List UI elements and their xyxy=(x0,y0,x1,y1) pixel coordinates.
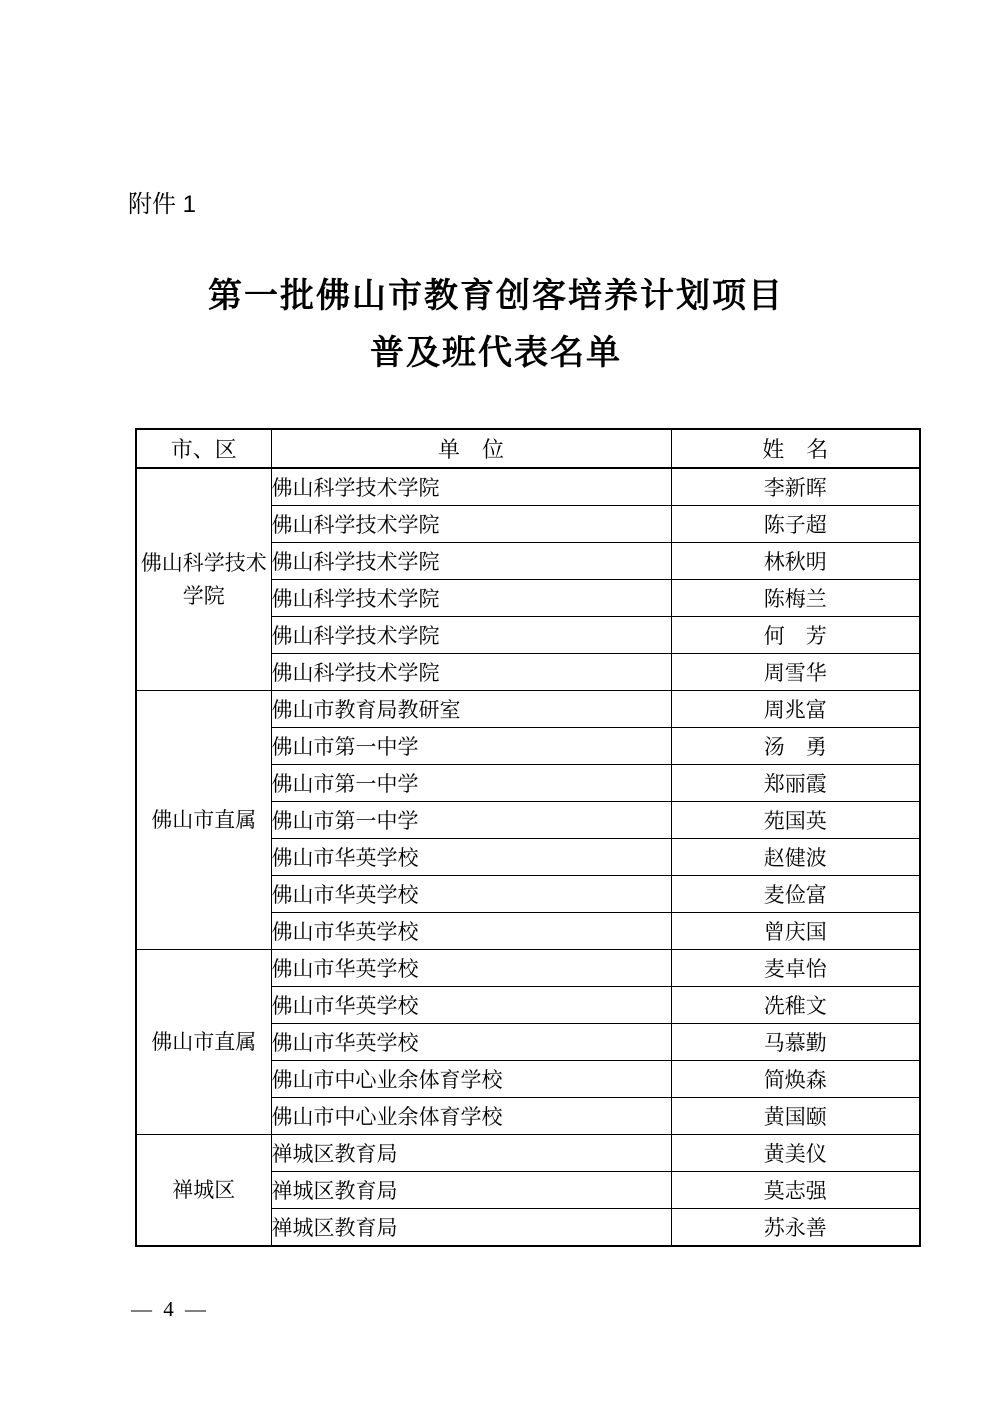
column-header-district: 市、区 xyxy=(136,429,271,468)
column-header-name: 姓 名 xyxy=(671,429,920,468)
name-cell: 冼稚文 xyxy=(671,987,920,1024)
unit-cell: 佛山市华英学校 xyxy=(271,839,671,876)
name-cell: 何 芳 xyxy=(671,617,920,654)
unit-cell: 佛山市华英学校 xyxy=(271,987,671,1024)
name-cell: 黄美仪 xyxy=(671,1135,920,1172)
page-number: — 4 — xyxy=(131,1297,209,1322)
unit-cell: 佛山市第一中学 xyxy=(271,728,671,765)
unit-cell: 禅城区教育局 xyxy=(271,1172,671,1209)
name-cell: 黄国颐 xyxy=(671,1098,920,1135)
name-cell: 郑丽霞 xyxy=(671,765,920,802)
name-cell: 周雪华 xyxy=(671,654,920,691)
unit-cell: 佛山科学技术学院 xyxy=(271,617,671,654)
unit-cell: 佛山市第一中学 xyxy=(271,802,671,839)
district-cell: 佛山市直属 xyxy=(136,691,271,950)
name-cell: 林秋明 xyxy=(671,543,920,580)
document-title-line1: 第一批佛山市教育创客培养计划项目 xyxy=(0,268,992,325)
name-cell: 汤 勇 xyxy=(671,728,920,765)
unit-cell: 佛山科学技术学院 xyxy=(271,468,671,506)
document-page: 附件 1 第一批佛山市教育创客培养计划项目 普及班代表名单 市、区 单 位 姓 … xyxy=(0,0,992,1403)
unit-cell: 禅城区教育局 xyxy=(271,1135,671,1172)
name-cell: 周兆富 xyxy=(671,691,920,728)
district-cell: 佛山市直属 xyxy=(136,950,271,1135)
unit-cell: 佛山市华英学校 xyxy=(271,1024,671,1061)
unit-cell: 佛山科学技术学院 xyxy=(271,543,671,580)
unit-cell: 佛山市中心业余体育学校 xyxy=(271,1098,671,1135)
attachment-label: 附件 1 xyxy=(128,184,196,219)
name-cell: 简焕森 xyxy=(671,1061,920,1098)
district-cell: 佛山科学技术学院 xyxy=(136,468,271,691)
table-header: 市、区 单 位 姓 名 xyxy=(136,429,920,468)
unit-cell: 佛山市中心业余体育学校 xyxy=(271,1061,671,1098)
table-row: 佛山市直属佛山市华英学校麦卓怡 xyxy=(136,950,920,987)
representatives-table: 市、区 单 位 姓 名 佛山科学技术学院佛山科学技术学院李新晖佛山科学技术学院陈… xyxy=(135,428,921,1247)
unit-cell: 佛山市第一中学 xyxy=(271,765,671,802)
name-cell: 马慕勤 xyxy=(671,1024,920,1061)
district-cell: 禅城区 xyxy=(136,1135,271,1247)
unit-cell: 佛山科学技术学院 xyxy=(271,506,671,543)
document-title-line2: 普及班代表名单 xyxy=(0,325,992,382)
name-cell: 曾庆国 xyxy=(671,913,920,950)
name-cell: 赵健波 xyxy=(671,839,920,876)
unit-cell: 佛山科学技术学院 xyxy=(271,654,671,691)
name-cell: 李新晖 xyxy=(671,468,920,506)
name-cell: 苏永善 xyxy=(671,1209,920,1247)
table-body: 佛山科学技术学院佛山科学技术学院李新晖佛山科学技术学院陈子超佛山科学技术学院林秋… xyxy=(136,468,920,1246)
unit-cell: 禅城区教育局 xyxy=(271,1209,671,1247)
name-cell: 陈梅兰 xyxy=(671,580,920,617)
unit-cell: 佛山科学技术学院 xyxy=(271,580,671,617)
name-cell: 苑国英 xyxy=(671,802,920,839)
name-cell: 莫志强 xyxy=(671,1172,920,1209)
table-row: 佛山科学技术学院佛山科学技术学院李新晖 xyxy=(136,468,920,506)
unit-cell: 佛山市教育局教研室 xyxy=(271,691,671,728)
table-header-row: 市、区 单 位 姓 名 xyxy=(136,429,920,468)
name-cell: 麦俭富 xyxy=(671,876,920,913)
table-row: 佛山市直属佛山市教育局教研室周兆富 xyxy=(136,691,920,728)
column-header-unit: 单 位 xyxy=(271,429,671,468)
table-row: 禅城区禅城区教育局黄美仪 xyxy=(136,1135,920,1172)
name-cell: 陈子超 xyxy=(671,506,920,543)
unit-cell: 佛山市华英学校 xyxy=(271,913,671,950)
unit-cell: 佛山市华英学校 xyxy=(271,876,671,913)
unit-cell: 佛山市华英学校 xyxy=(271,950,671,987)
name-cell: 麦卓怡 xyxy=(671,950,920,987)
document-title: 第一批佛山市教育创客培养计划项目 普及班代表名单 xyxy=(0,268,992,382)
